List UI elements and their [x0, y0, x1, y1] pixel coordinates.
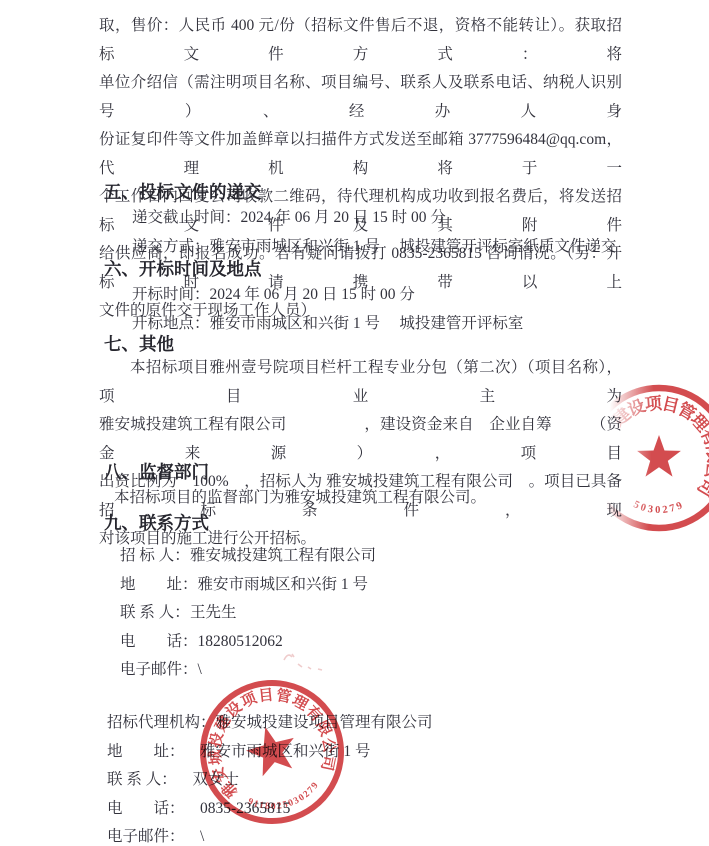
section8-body: 本招标项目的监督部门为雅安城投建筑工程有限公司。	[114, 484, 486, 513]
tenderer-name: 雅安城投建筑工程有限公司	[190, 547, 376, 564]
paragraph-line: 份证复印件等文件加盖鲜章以扫描件方式发送至邮箱 3777596484@qq.co…	[99, 126, 622, 183]
scanned-tender-document-page: 取，售价：人民币 400 元/份（招标文件售后不退，资格不能转让）。获取招标文件…	[0, 0, 709, 846]
contact-row: 招 标 人：雅安城投建筑工程有限公司	[120, 542, 376, 571]
contact-row: 地 址：雅安市雨城区和兴街 1 号	[120, 571, 376, 600]
deadline-line: 递交截止时间：2024 年 06 月 20 日 15 时 00 分	[132, 204, 616, 233]
tenderer-contact-person: 王先生	[190, 604, 237, 621]
contact-label: 电 话：	[120, 628, 198, 657]
corner-company-stamp: 建设项目管理有限公司 5030279	[564, 363, 709, 553]
section5-body: 递交截止时间：2024 年 06 月 20 日 15 时 00 分 递交方式：雅…	[132, 204, 616, 261]
opening-time-line: 开标时间：2024 年 06 月 20 日 15 时 00 分	[132, 281, 523, 310]
section6-body: 开标时间：2024 年 06 月 20 日 15 时 00 分 开标地点：雅安市…	[132, 281, 523, 338]
paragraph-line: 单位介绍信（需注明项目名称、项目编号、联系人及联系电话、纳税人识别号）、经办人身	[99, 69, 622, 126]
stamp-serial-text: 5030279	[632, 499, 687, 516]
contact-label: 招 标 人：	[120, 542, 190, 571]
section8-heading: 八、监督部门	[104, 460, 209, 484]
agency-company-stamp: 雅安城投建设项目管理有限公司 9118025030279	[187, 667, 357, 837]
paragraph-line: 取，售价：人民币 400 元/份（招标文件售后不退，资格不能转让）。获取招标文件…	[99, 12, 622, 69]
paragraph-line: 本招标项目雅州壹号院项目栏杆工程专业分包（第二次）（项目名称），项目业主为	[99, 354, 622, 411]
opening-place-line: 开标地点：雅安市雨城区和兴街 1 号 城投建管开评标室	[132, 310, 523, 339]
section7-heading: 七、其他	[104, 332, 174, 356]
tenderer-address: 雅安市雨城区和兴街 1 号	[198, 576, 369, 593]
contact-label: 联 系 人：	[120, 599, 190, 628]
contact-row: 联 系 人：王先生	[120, 599, 376, 628]
section6-heading: 六、开标时间及地点	[104, 257, 262, 281]
contact-label: 地 址：	[120, 571, 198, 600]
section5-heading: 五、投标文件的递交	[104, 180, 262, 204]
contact-label: 电子邮件：	[107, 823, 185, 846]
contact-label: 电 话：	[107, 795, 185, 824]
star-icon	[637, 435, 681, 477]
section9-heading: 九、联系方式	[104, 511, 209, 535]
contact-label: 联 系 人：	[107, 766, 177, 795]
stamp-serial-text: 9118025030279	[244, 778, 325, 820]
contact-label: 电子邮件：	[120, 656, 198, 685]
contact-label: 地 址：	[107, 738, 185, 767]
star-icon	[241, 720, 301, 778]
